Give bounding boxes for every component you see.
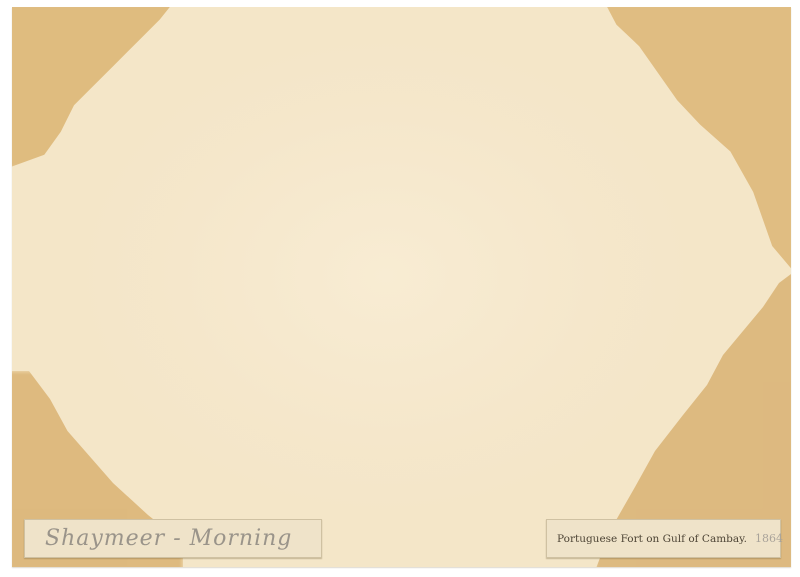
label-right-title: Portuguese Fort on Gulf of Cambay. xyxy=(547,533,747,545)
handwritten-label-left: Shaymeer - Morning xyxy=(24,519,322,558)
handwritten-label-right: Portuguese Fort on Gulf of Cambay. 1864 xyxy=(546,519,781,558)
page: Shaymeer - Morning Portuguese Fort on Gu… xyxy=(0,0,800,577)
label-right-year: 1864 xyxy=(747,532,783,545)
aged-paper-sheet xyxy=(12,7,791,567)
label-left-text: Shaymeer - Morning xyxy=(25,526,292,551)
